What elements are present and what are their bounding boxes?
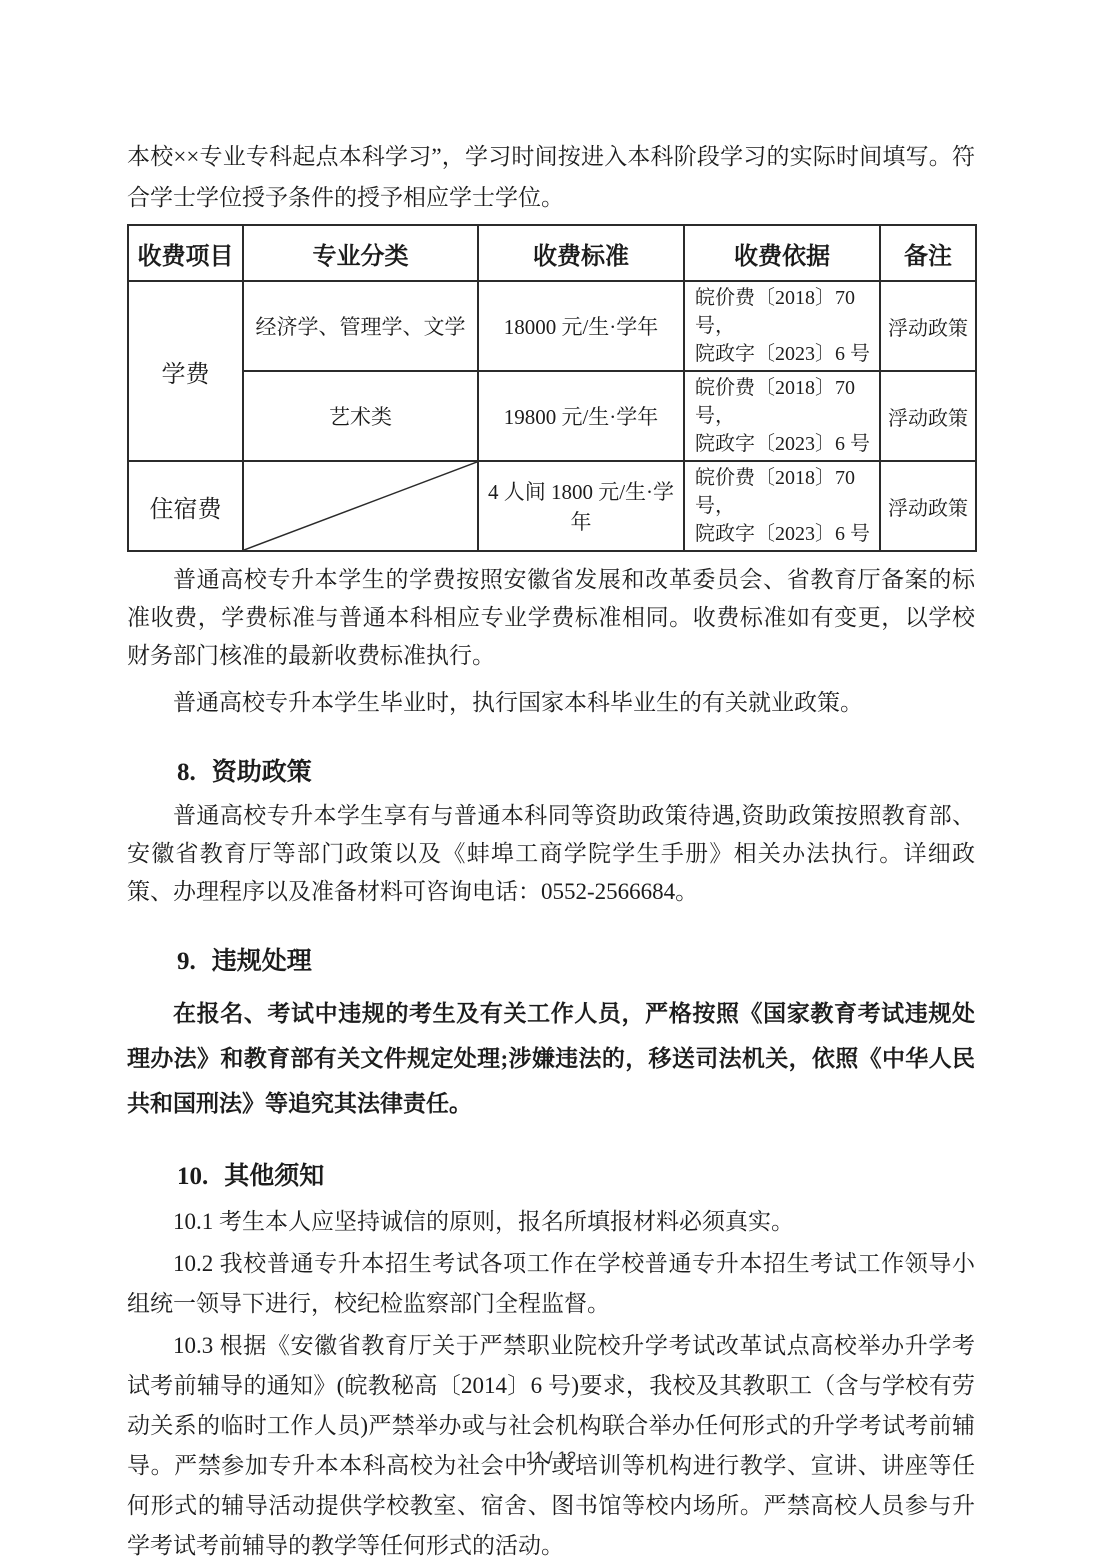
- fee-table-header-note: 备注: [880, 225, 976, 281]
- fee-note: 浮动政策: [880, 371, 976, 461]
- graduation-paragraph: 普通高校专升本学生毕业时，执行国家本科毕业生的有关就业政策。: [127, 684, 975, 722]
- fee-note: 浮动政策: [880, 281, 976, 371]
- section-10-number: 10.: [177, 1163, 208, 1190]
- fee-basis-line2: 院政字〔2023〕6 号: [695, 433, 870, 455]
- section-9-heading: 9.违规处理: [177, 941, 975, 977]
- fee-basis-line2: 院政字〔2023〕6 号: [695, 343, 870, 365]
- table-row: 学费 经济学、管理学、文学 18000 元/生·学年 皖价费〔2018〕70 号…: [128, 281, 976, 371]
- fee-basis: 皖价费〔2018〕70 号，院政字〔2023〕6 号: [684, 281, 880, 371]
- section-10-title: 其他须知: [224, 1163, 324, 1190]
- fee-table-header-basis: 收费依据: [684, 225, 880, 281]
- fee-basis-line1: 皖价费〔2018〕70 号，: [695, 287, 855, 337]
- fee-basis-line1: 皖价费〔2018〕70 号，: [695, 377, 855, 427]
- table-row: 住宿费 4 人间 1800 元/生·学年 皖价费〔2018〕70 号，院政字〔2…: [128, 461, 976, 551]
- section-8-title: 资助政策: [212, 759, 312, 786]
- section-8-number: 8.: [177, 759, 196, 786]
- table-row: 艺术类 19800 元/生·学年 皖价费〔2018〕70 号，院政字〔2023〕…: [128, 371, 976, 461]
- fee-basis: 皖价费〔2018〕70 号，院政字〔2023〕6 号: [684, 461, 880, 551]
- section-8-body: 普通高校专升本学生享有与普通本科同等资助政策待遇,资助政策按照教育部、安徽省教育…: [127, 797, 975, 911]
- fee-note: 浮动政策: [880, 461, 976, 551]
- fee-table-header-item: 收费项目: [128, 225, 243, 281]
- section-10-item-3: 10.3 根据《安徽省教育厅关于严禁职业院校升学考试改革试点高校举办升学考试考前…: [127, 1326, 975, 1559]
- document-content: 本校××专业专科起点本科学习”，学习时间按进入本科阶段学习的实际时间填写。符合学…: [127, 136, 975, 1559]
- fee-standard: 4 人间 1800 元/生·学年: [478, 461, 684, 551]
- diagonal-blank-cell: [243, 461, 478, 551]
- page-number: 11 / 12: [0, 1448, 1102, 1468]
- fee-item-tuition: 学费: [128, 281, 243, 461]
- fee-basis-line2: 院政字〔2023〕6 号: [695, 523, 870, 545]
- fee-table-header-row: 收费项目 专业分类 收费标准 收费依据 备注: [128, 225, 976, 281]
- section-9-title: 违规处理: [212, 948, 312, 975]
- fee-standard: 18000 元/生·学年: [478, 281, 684, 371]
- fee-table: 收费项目 专业分类 收费标准 收费依据 备注 学费 经济学、管理学、文学 180…: [127, 224, 977, 552]
- fee-category: 经济学、管理学、文学: [243, 281, 478, 371]
- section-8-heading: 8.资助政策: [177, 752, 975, 788]
- intro-paragraph: 本校××专业专科起点本科学习”，学习时间按进入本科阶段学习的实际时间填写。符合学…: [127, 136, 975, 218]
- fee-note-paragraph: 普通高校专升本学生的学费按照安徽省发展和改革委员会、省教育厅备案的标准收费，学费…: [127, 561, 975, 675]
- section-10-item-1: 10.1 考生本人应坚持诚信的原则，报名所填报材料必须真实。: [127, 1202, 975, 1242]
- section-9-number: 9.: [177, 948, 196, 975]
- fee-standard: 19800 元/生·学年: [478, 371, 684, 461]
- fee-category: 艺术类: [243, 371, 478, 461]
- section-9-body: 在报名、考试中违规的考生及有关工作人员，严格按照《国家教育考试违规处理办法》和教…: [127, 991, 975, 1126]
- fee-table-header-category: 专业分类: [243, 225, 478, 281]
- section-10-heading: 10.其他须知: [177, 1156, 975, 1192]
- fee-basis: 皖价费〔2018〕70 号，院政字〔2023〕6 号: [684, 371, 880, 461]
- fee-basis-line1: 皖价费〔2018〕70 号，: [695, 467, 855, 517]
- fee-item-accommodation: 住宿费: [128, 461, 243, 551]
- document-page: 本校××专业专科起点本科学习”，学习时间按进入本科阶段学习的实际时间填写。符合学…: [0, 0, 1102, 1559]
- section-10-item-2: 10.2 我校普通专升本招生考试各项工作在学校普通专升本招生考试工作领导小组统一…: [127, 1244, 975, 1324]
- diagonal-line: [244, 462, 477, 550]
- fee-table-header-standard: 收费标准: [478, 225, 684, 281]
